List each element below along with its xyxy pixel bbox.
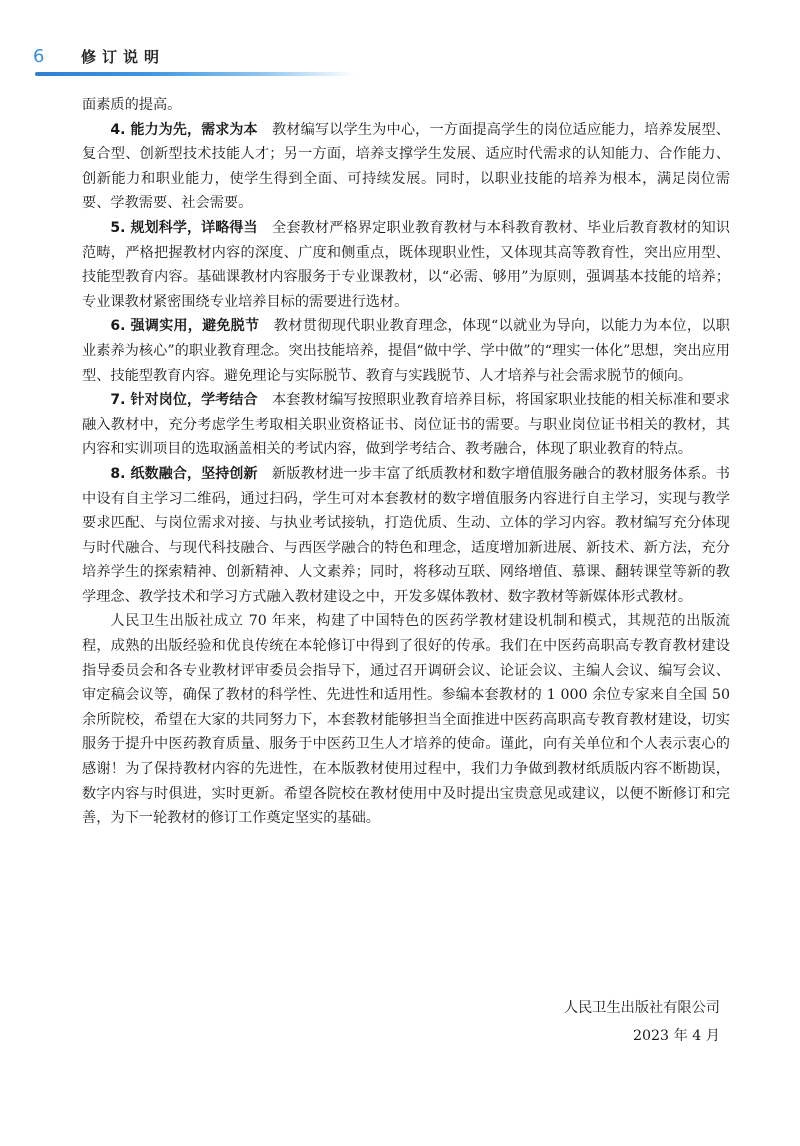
- item-text: 新版教材进一步丰富了纸质教材和数字增值服务融合的教材服务体系。书中设有自主学习二…: [82, 466, 730, 605]
- publication-date: 2023 年 4 月: [564, 1022, 720, 1050]
- document-body: 面素质的提高。 4. 能力为先，需求为本教材编写以学生为中心，一方面提高学生的岗…: [82, 93, 730, 831]
- header-gradient-bar: [35, 72, 355, 76]
- item-heading: 6. 强调实用，避免脱节: [110, 318, 259, 334]
- intro-continuation: 面素质的提高。: [82, 93, 730, 118]
- item-heading: 4. 能力为先，需求为本: [110, 122, 257, 138]
- item-heading: 7. 针对岗位，学考结合: [110, 392, 257, 408]
- item-7: 7. 针对岗位，学考结合本套教材编写按照职业教育培养目标，将国家职业技能的相关标…: [82, 388, 730, 462]
- section-title: 修订说明: [81, 46, 165, 68]
- item-heading: 5. 规划科学，详略得当: [110, 220, 257, 236]
- page-number: 6: [33, 46, 44, 68]
- closing-paragraph: 人民卫生出版社成立 70 年来，构建了中国特色的医药学教材建设机制和模式，其规范…: [82, 609, 730, 830]
- item-heading: 8. 纸数融合，坚持创新: [110, 466, 257, 482]
- signature-block: 人民卫生出版社有限公司 2023 年 4 月: [564, 994, 720, 1050]
- item-4: 4. 能力为先，需求为本教材编写以学生为中心，一方面提高学生的岗位适应能力，培养…: [82, 118, 730, 216]
- publisher-name: 人民卫生出版社有限公司: [564, 994, 720, 1022]
- item-8: 8. 纸数融合，坚持创新新版教材进一步丰富了纸质教材和数字增值服务融合的教材服务…: [82, 462, 730, 610]
- page-header: 6 修订说明: [33, 46, 733, 76]
- item-6: 6. 强调实用，避免脱节教材贯彻现代职业教育理念，体现“以就业为导向，以能力为本…: [82, 314, 730, 388]
- item-5: 5. 规划科学，详略得当全套教材严格界定职业教育教材与本科教育教材、毕业后教育教…: [82, 216, 730, 314]
